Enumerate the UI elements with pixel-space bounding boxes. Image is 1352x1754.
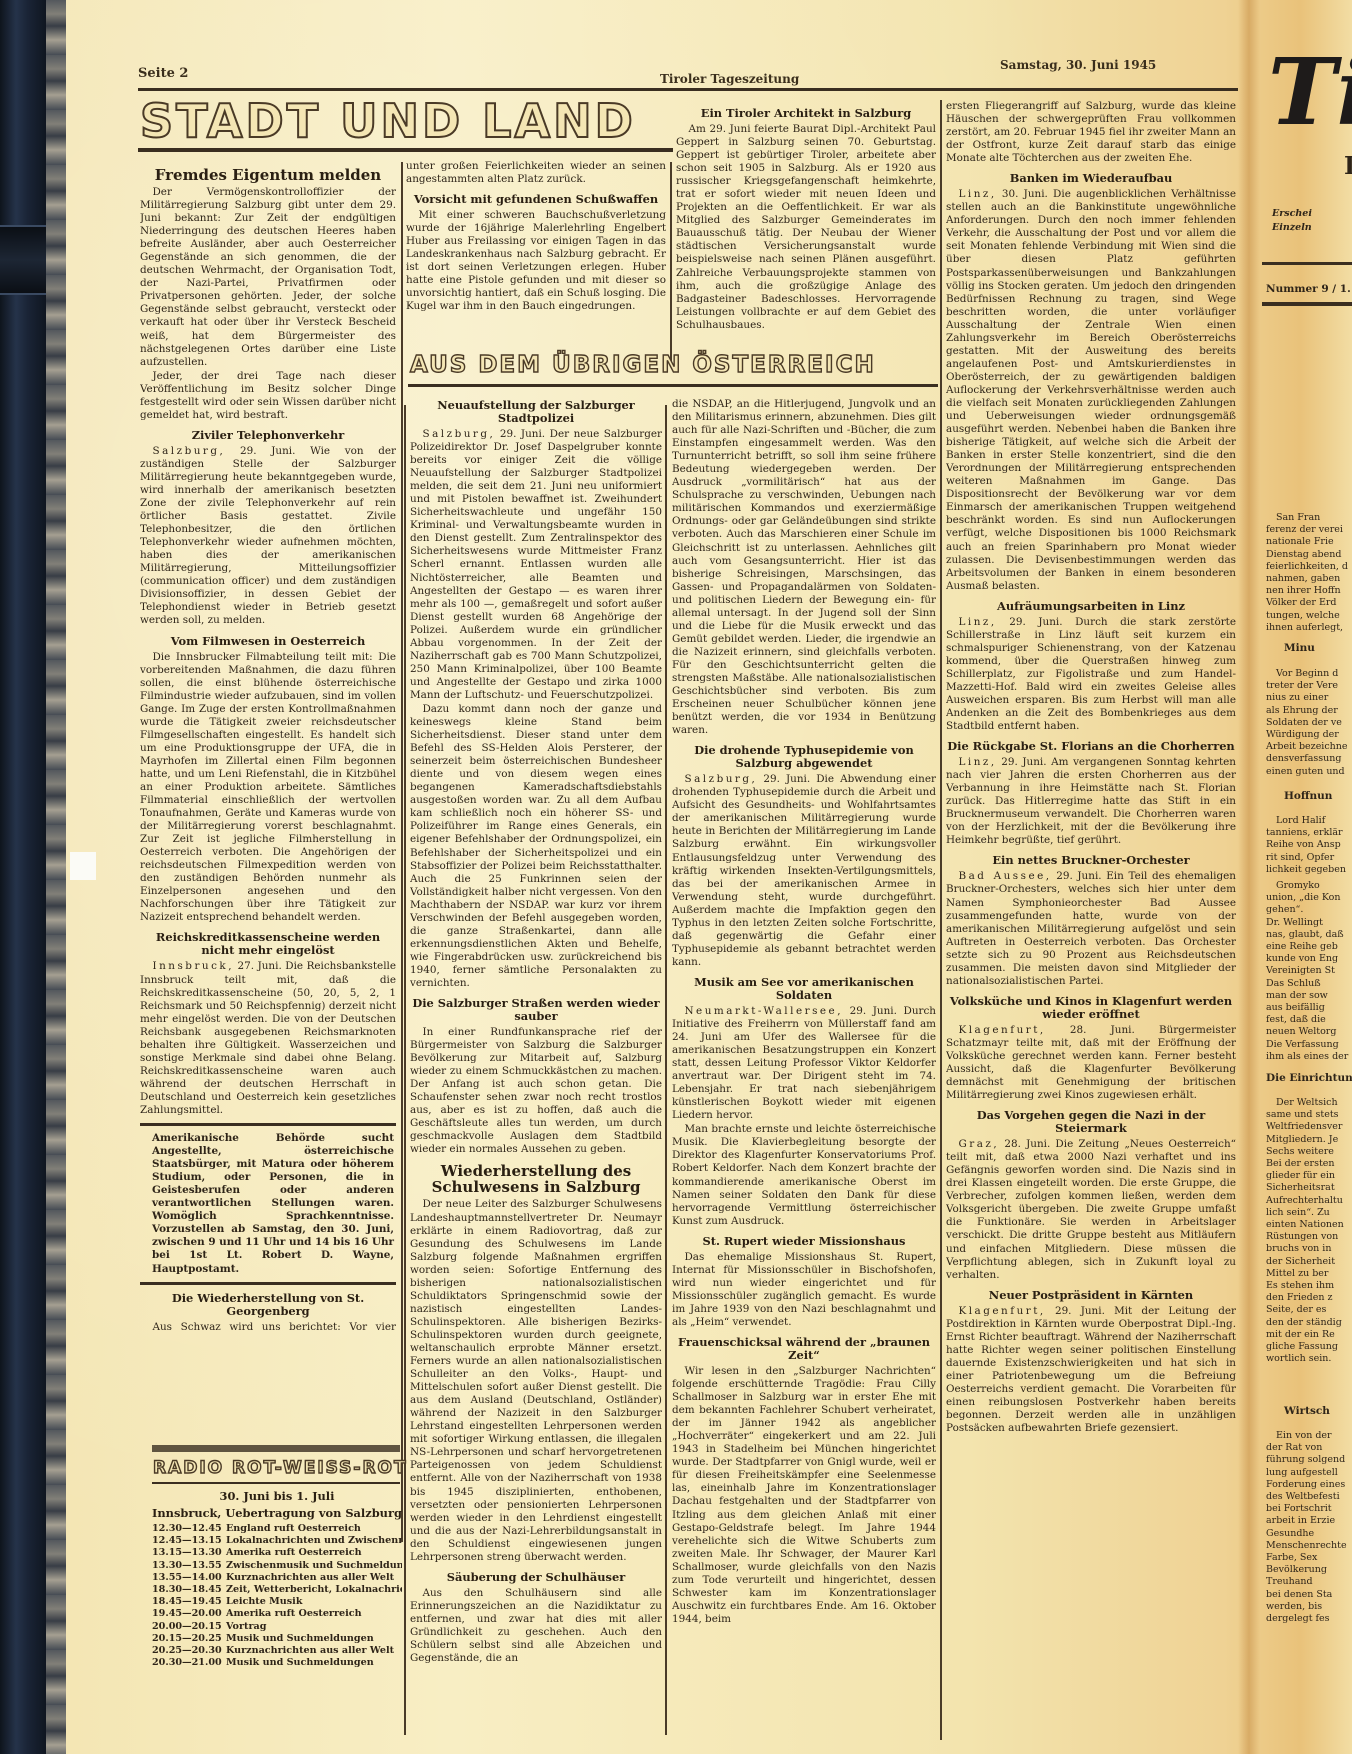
article-body: Neumarkt-Wallersee, 29. Juni. Durch Init…	[672, 1005, 936, 1122]
article-continuation: ersten Fliegerangriff auf Salzburg, wurd…	[946, 100, 1236, 165]
facing-line: einen guten und	[1266, 766, 1345, 778]
article-title: Aufräumungsarbeiten in Linz	[946, 600, 1236, 613]
facing-line: eine Reihe geb	[1266, 941, 1338, 953]
facing-line: treter der Vere	[1266, 680, 1338, 692]
facing-line: den der ständig	[1266, 1317, 1342, 1329]
facing-heading: Wirtsch	[1284, 1405, 1330, 1417]
schedule-program: England ruft Oesterreich	[226, 1523, 361, 1535]
facing-line: nen ihrer Hoffn	[1266, 585, 1341, 597]
schedule-row: 18.45—19.45Leichte Musik	[152, 1596, 402, 1608]
facing-line: same und stets	[1266, 1109, 1339, 1121]
article-title: Die Wiederherstellung von St. Georgenber…	[140, 1292, 396, 1318]
article-body: Klagenfurt, 29. Juni. Mit der Leitung de…	[946, 1305, 1236, 1435]
article-title: St. Rupert wieder Missionshaus	[672, 1235, 936, 1248]
schedule-time: 13.15—13.30	[152, 1547, 222, 1559]
facing-line: lich sein“. Zu	[1266, 1207, 1330, 1219]
facing-line: Vor Beginn d	[1276, 668, 1338, 680]
article-title: Frauenschicksal während der „braunen Zei…	[672, 1336, 936, 1362]
article-title: Die drohende Typhusepidemie von Salzburg…	[672, 744, 936, 770]
article-title: Reichskreditkassenscheine werden nicht m…	[140, 931, 396, 957]
paper-label-patch	[70, 852, 96, 880]
facing-line: tungen, welche	[1266, 610, 1340, 622]
page-gutter	[1238, 0, 1260, 1754]
schedule-row: 19.45—20.00Amerika ruft Oesterreich	[152, 1608, 402, 1620]
facing-line: Arbeit bezeichne	[1266, 741, 1348, 753]
column-2-top: unter großen Feierlichkeiten wieder an s…	[406, 160, 666, 365]
article-continuation: unter großen Feierlichkeiten wieder an s…	[406, 160, 666, 186]
schedule-program: Lokalnachrichten und Zwischenmusik	[226, 1535, 402, 1547]
facing-line: Treuhand	[1266, 1576, 1313, 1588]
article-title: Neuer Postpräsident in Kärnten	[946, 1289, 1236, 1302]
section-rule	[138, 148, 673, 152]
facing-line: Das Schluß	[1266, 978, 1321, 990]
facing-line: mit der ein Re	[1266, 1329, 1335, 1341]
facing-line: Gesundhe	[1266, 1528, 1314, 1540]
schedule-row: 13.15—13.30Amerika ruft Oesterreich	[152, 1547, 402, 1559]
article-body: Salzburg, 29. Juni. Die Abwendung einer …	[672, 773, 936, 969]
schedule-time: 12.30—12.45	[152, 1523, 222, 1535]
article-title: Banken im Wiederaufbau	[946, 172, 1236, 185]
facing-line: lichkeit gegeben	[1266, 864, 1346, 876]
article-title: Wiederherstellung des Schulwesens in Sal…	[410, 1163, 662, 1195]
facing-page-fragment: Ti I Erschei Einzeln Nummer 9 / 1. San F…	[1262, 0, 1352, 1754]
facing-line: Völker der Erd	[1266, 597, 1337, 609]
column-rule	[940, 100, 942, 1740]
facing-rule	[1262, 262, 1352, 265]
radio-program: 30. Juni bis 1. Juli Innsbruck, Uebertra…	[152, 1488, 402, 1728]
facing-heading: Minu	[1284, 642, 1315, 654]
facing-line: Aufrechterhaltu	[1266, 1195, 1343, 1207]
book-binding	[0, 0, 46, 1754]
facing-line: Rüstungen von	[1266, 1231, 1338, 1243]
facing-line: dergelegt fes	[1266, 1613, 1330, 1625]
facing-info: Einzeln	[1272, 222, 1312, 234]
facing-line: tanniens, erklär	[1266, 827, 1343, 839]
facing-line: ihnen auferlegt,	[1266, 622, 1343, 634]
facing-line: bruchs von in	[1266, 1243, 1331, 1255]
facing-line: Würdigung der	[1266, 729, 1339, 741]
facing-line: führung solgend	[1266, 1454, 1345, 1466]
column-1: Fremdes Eigentum melden Der Vermögenskon…	[140, 160, 396, 1330]
article-body: Das ehemalige Missionshaus St. Rupert, I…	[672, 1251, 936, 1329]
facing-line: nahmen, gaben	[1266, 573, 1340, 585]
page-stack-edge	[46, 0, 66, 1754]
article-title: Volksküche und Kinos in Klagenfurt werde…	[946, 995, 1236, 1021]
facing-line: rit sind, Opfer	[1266, 852, 1334, 864]
article-body: Mit einer schweren Bauchschußverletzung …	[406, 209, 666, 313]
facing-line: Gromyko	[1276, 880, 1320, 892]
schedule-row: 20.30—21.00Musik und Suchmeldungen	[152, 1657, 402, 1669]
facing-line: nationale Frie	[1266, 536, 1334, 548]
article-body: Die Innsbrucker Filmabteilung teilt mit:…	[140, 651, 396, 925]
page-label: Seite 2	[138, 66, 188, 81]
article-body: Aus Schwaz wird uns berichtet: Vor vier …	[140, 1321, 396, 1330]
facing-line: Mitgliedern. Je	[1266, 1134, 1338, 1146]
schedule-program: Zeit, Wetterbericht, Lokalnachrichten	[226, 1584, 402, 1596]
article-body: Klagenfurt, 28. Juni. Bürgermeister Scha…	[946, 1024, 1236, 1102]
column-3-top: Ein Tiroler Architekt in Salzburg Am 29.…	[676, 100, 936, 365]
section-rule	[408, 384, 938, 387]
schedule-time: 20.15—20.25	[152, 1633, 222, 1645]
facing-line: Farbe, Sex	[1266, 1552, 1317, 1564]
facing-line: Reihe von Ansp	[1266, 839, 1341, 851]
facing-line: als Ehrung der	[1266, 705, 1338, 717]
schedule-program: Leichte Musik	[226, 1596, 302, 1608]
article-title: Vom Filmwesen in Oesterreich	[140, 635, 396, 648]
facing-line: union, „die Kon	[1266, 892, 1341, 904]
facing-line: Lord Halif	[1276, 815, 1325, 827]
schedule-time: 12.45—13.15	[152, 1535, 222, 1547]
column-2: Neuaufstellung der Salzburger Stadtpoliz…	[410, 392, 662, 1737]
article-title: Ziviler Telephonverkehr	[140, 429, 396, 442]
facing-line: San Fran	[1276, 512, 1320, 524]
facing-line: gehen“.	[1266, 904, 1303, 916]
facing-line: Ein von der	[1276, 1430, 1332, 1442]
article-body: Linz, 30. Juni. Die augenblicklichen Ver…	[946, 188, 1236, 592]
schedule-row: 13.55—14.00Kurznachrichten aus aller Wel…	[152, 1572, 402, 1584]
facing-line: einten Nationen	[1266, 1219, 1344, 1231]
article-body: Man brachte ernste und leichte österreic…	[672, 1123, 936, 1227]
facing-line: Es stehen ihm	[1266, 1280, 1334, 1292]
schedule-time: 13.55—14.00	[152, 1572, 222, 1584]
schedule-row: 12.30—12.45England ruft Oesterreich	[152, 1523, 402, 1535]
schedule-row: 20.15—20.25Musik und Suchmeldungen	[152, 1633, 402, 1645]
facing-line: gliche Fassung	[1266, 1341, 1338, 1353]
header-rule	[138, 88, 1238, 91]
article-body: Am 29. Juni feierte Baurat Dipl.-Archite…	[676, 123, 936, 332]
facing-line: Soldaten der ve	[1266, 717, 1342, 729]
facing-line: ferenz der verei	[1266, 524, 1343, 536]
facing-line: kunde von Eng	[1266, 953, 1338, 965]
radio-rule	[152, 1482, 400, 1484]
article-body: Graz, 28. Juni. Die Zeitung „Neues Oeste…	[946, 1138, 1236, 1282]
article-body: Bad Aussee, 29. Juni. Ein Teil des ehema…	[946, 870, 1236, 987]
facing-line: wortlich sein.	[1266, 1353, 1331, 1365]
article-title: Vorsicht mit gefundenen Schußwaffen	[406, 193, 666, 206]
schedule-row: 12.45—13.15Lokalnachrichten und Zwischen…	[152, 1535, 402, 1547]
facing-line: aus beifällig	[1266, 1002, 1325, 1014]
article-body: Wir lesen in den „Salzburger Nachrichten…	[672, 1365, 936, 1626]
facing-line: arbeit in Erzie	[1266, 1515, 1335, 1527]
schedule-time: 20.30—21.00	[152, 1657, 222, 1669]
schedule-program: Musik und Suchmeldungen	[226, 1633, 374, 1645]
article-title: Die Salzburger Straßen werden wieder sau…	[410, 997, 662, 1023]
schedule-row: 13.30—13.55Zwischenmusik und Suchmeldung…	[152, 1560, 402, 1572]
facing-line: bei denen Sta	[1266, 1589, 1332, 1601]
article-title: Neuaufstellung der Salzburger Stadtpoliz…	[410, 399, 662, 425]
radio-rule	[152, 1445, 400, 1452]
article-body: Der neue Leiter des Salzburger Schulwese…	[410, 1198, 662, 1563]
column-rule	[665, 405, 667, 1735]
article-body: Linz, 29. Juni. Am vergangenen Sonntag k…	[946, 756, 1236, 847]
article-title: Säuberung der Schulhäuser	[410, 1571, 662, 1584]
facing-line: man der sow	[1266, 990, 1328, 1002]
facing-rule	[1262, 302, 1352, 306]
facing-line: werden, bis	[1266, 1601, 1322, 1613]
issue-date: Samstag, 30. Juni 1945	[1000, 58, 1156, 72]
article-title: Ein Tiroler Architekt in Salzburg	[676, 107, 936, 120]
facing-line: neuen Weltorg	[1266, 1026, 1336, 1038]
schedule-program: Amerika ruft Oesterreich	[226, 1608, 362, 1620]
facing-line: Menschenrechte	[1266, 1540, 1347, 1552]
schedule-program: Kurznachrichten aus aller Welt	[226, 1572, 394, 1584]
facing-line: densverfassung	[1266, 753, 1341, 765]
facing-heading: Hoffnun	[1284, 790, 1332, 802]
facing-masthead: Ti	[1268, 42, 1352, 142]
article-body: Salzburg, 29. Juni. Der neue Salzburger …	[410, 428, 662, 702]
schedule-row: 20.00—20.15Vortrag	[152, 1621, 402, 1633]
facing-line: der Sicherheit	[1266, 1256, 1335, 1268]
schedule-time: 19.45—20.00	[152, 1608, 222, 1620]
facing-subtitle: I	[1344, 160, 1352, 172]
article-title: Das Vorgehen gegen die Nazi in der Steie…	[946, 1109, 1236, 1135]
section-heading-austria: AUS DEM ÜBRIGEN ÖSTERREICH	[410, 352, 876, 378]
schedule-time: 20.00—20.15	[152, 1621, 222, 1633]
article-body: Der Vermögenskontrolloffizier der Militä…	[140, 186, 396, 369]
column-3: die NSDAP, an die Hitlerjugend, Jungvolk…	[672, 398, 936, 1738]
schedule-time: 20.25—20.30	[152, 1645, 222, 1657]
facing-line: Dienstag abend	[1266, 549, 1341, 561]
facing-line: Bei der ersten	[1266, 1158, 1335, 1170]
radio-dates: 30. Juni bis 1. Juli	[152, 1490, 402, 1503]
schedule-row: 18.30—18.45Zeit, Wetterbericht, Lokalnac…	[152, 1584, 402, 1596]
column-rule	[401, 162, 403, 1542]
schedule-time: 18.30—18.45	[152, 1584, 222, 1596]
column-4: ersten Fliegerangriff auf Salzburg, wurd…	[946, 100, 1236, 1740]
facing-line: Bevölkerung	[1266, 1564, 1327, 1576]
facing-line: Der Weltsich	[1276, 1097, 1338, 1109]
facing-line: nas, glaubt, daß	[1266, 929, 1344, 941]
facing-line: nius zu einer	[1266, 692, 1328, 704]
article-body: In einer Rundfunkansprache rief der Bürg…	[410, 1026, 662, 1156]
newspaper-name: Tiroler Tageszeitung	[660, 72, 799, 86]
column-rule	[404, 405, 406, 1735]
article-title: Ein nettes Bruckner-Orchester	[946, 854, 1236, 867]
facing-line: Die Verfassung	[1266, 1039, 1339, 1051]
facing-line: Dr. Wellingt	[1266, 917, 1323, 929]
schedule-time: 13.30—13.55	[152, 1560, 222, 1572]
facing-line: fest, daß die	[1266, 1014, 1326, 1026]
schedule-program: Amerika ruft Oesterreich	[226, 1547, 362, 1559]
radio-subtitle: Innsbruck, Uebertragung von Salzburg	[152, 1507, 402, 1520]
facing-issue-number: Nummer 9 / 1.	[1266, 283, 1351, 295]
facing-heading: Die Einrichtun	[1266, 1072, 1352, 1084]
article-title: Fremdes Eigentum melden	[140, 167, 396, 183]
binding-strap	[0, 225, 46, 295]
article-body: Jeder, der drei Tage nach dieser Veröffe…	[140, 370, 396, 422]
facing-line: Mittel zu ber	[1266, 1268, 1328, 1280]
facing-line: ihm als eines der	[1266, 1051, 1348, 1063]
article-continuation: die NSDAP, an die Hitlerjugend, Jungvolk…	[672, 398, 936, 737]
facing-line: Weltfriedensver	[1266, 1121, 1342, 1133]
facing-line: Sicherheitsrat	[1266, 1182, 1335, 1194]
schedule-program: Zwischenmusik und Suchmeldungen	[226, 1560, 402, 1572]
schedule-time: 18.45—19.45	[152, 1596, 222, 1608]
facing-line: Seite, der es	[1266, 1304, 1326, 1316]
facing-line: Forderung eines	[1266, 1479, 1345, 1491]
facing-info: Erschei	[1272, 208, 1312, 220]
article-title: Musik am See vor amerikanischen Soldaten	[672, 976, 936, 1002]
section-heading-radio: RADIO ROT-WEISS-ROT	[153, 1458, 408, 1478]
schedule-program: Vortrag	[226, 1621, 266, 1633]
facing-line: Sechs weitere	[1266, 1146, 1334, 1158]
schedule-row: 20.25—20.30Kurznachrichten aus aller Wel…	[152, 1645, 402, 1657]
job-notice-box: Amerikanische Behörde sucht Angestellte,…	[140, 1123, 396, 1285]
facing-line: den Frieden z	[1266, 1292, 1332, 1304]
section-heading-stadt-und-land: STADT UND LAND	[140, 96, 680, 146]
schedule-program: Musik und Suchmeldungen	[226, 1657, 374, 1669]
column-rule	[670, 162, 672, 362]
article-body: Innsbruck, 27. Juni. Die Reichsbankstell…	[140, 960, 396, 1117]
article-title: Die Rückgabe St. Florians an die Chorher…	[946, 740, 1236, 753]
article-body: Aus den Schulhäusern sind alle Erinnerun…	[410, 1587, 662, 1665]
facing-line: Vereinigten St	[1266, 965, 1335, 977]
facing-line: lung aufgestell	[1266, 1467, 1338, 1479]
schedule-program: Kurznachrichten aus aller Welt	[226, 1645, 394, 1657]
article-body: Salzburg, 29. Juni. Wie von der zuständi…	[140, 445, 396, 628]
article-body: Dazu kommt dann noch der ganze und keine…	[410, 703, 662, 990]
facing-line: der Rat von	[1266, 1442, 1322, 1454]
facing-line: glieder für ein	[1266, 1170, 1335, 1182]
facing-line: feierlichkeiten, d	[1266, 561, 1348, 573]
radio-schedule: 12.30—12.45England ruft Oesterreich12.45…	[152, 1523, 402, 1669]
facing-line: bei Fortschrit	[1266, 1503, 1332, 1515]
facing-line: des Weltbefesti	[1266, 1491, 1340, 1503]
article-body: Linz, 29. Juni. Durch die stark zerstört…	[946, 616, 1236, 733]
